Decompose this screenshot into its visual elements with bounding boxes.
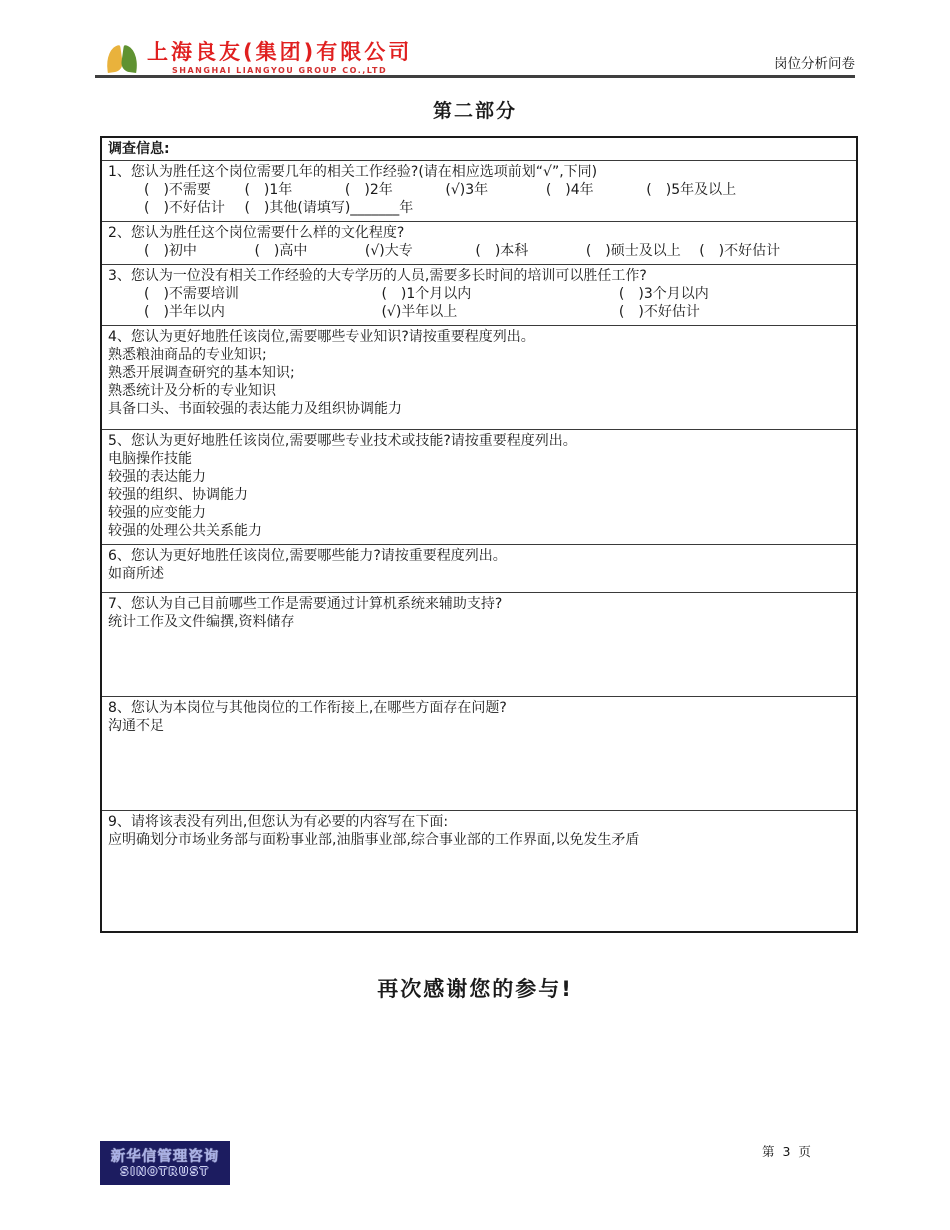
footer-logo-en-text: SINOTRUST (121, 1165, 210, 1178)
option-checkbox[interactable]: ( )其他(请填写)_______年 (244, 199, 413, 217)
answer-text: 较强的组织、协调能力 (108, 486, 850, 504)
option-checkbox[interactable]: ( )1年 (244, 181, 326, 199)
question-title: 1、您认为胜任这个岗位需要几年的相关工作经验?(请在相应选项前划“√”,下同) (108, 163, 850, 181)
option-line: ( )半年以内 (√)半年以上 ( )不好估计 (108, 303, 850, 321)
option-checkbox[interactable]: ( )4年 (546, 181, 628, 199)
option-checkbox[interactable]: ( )半年以内 (144, 303, 377, 321)
document-page: 上海良友(集团)有限公司 SHANGHAI LIANGYOU GROUP CO.… (0, 0, 950, 1230)
question-title: 5、您认为更好地胜任该岗位,需要哪些专业技术或技能?请按重要程度列出。 (108, 432, 850, 450)
option-checkbox[interactable]: ( )不需要培训 (144, 285, 377, 303)
company-name-en: SHANGHAI LIANGYOU GROUP CO.,LTD (172, 66, 387, 75)
question-title: 9、请将该表没有列出,但您认为有必要的内容写在下面: (108, 813, 850, 831)
company-name-block: 上海良友(集团)有限公司 SHANGHAI LIANGYOU GROUP CO.… (147, 40, 412, 75)
question-row-6: 6、您认为更好地胜任该岗位,需要哪些能力?请按重要程度列出。 如商所述 (102, 544, 856, 592)
answer-text: 熟悉统计及分析的专业知识 (108, 382, 850, 400)
option-checkbox[interactable]: ( )1个月以内 (381, 285, 614, 303)
option-checkbox[interactable]: (√)大专 (365, 242, 457, 260)
answer-text: 如商所述 (108, 565, 850, 583)
answer-text: 电脑操作技能 (108, 450, 850, 468)
company-logo-icon (105, 42, 139, 74)
leaf-green-icon (120, 45, 139, 73)
answer-text: 熟悉粮油商品的专业知识; (108, 346, 850, 364)
question-row-2: 2、您认为胜任这个岗位需要什么样的文化程度? ( )初中 ( )高中 (√)大专… (102, 221, 856, 264)
option-checkbox[interactable]: ( )不好估计 (699, 242, 791, 260)
answer-text: 沟通不足 (108, 717, 850, 735)
answer-text: 熟悉开展调查研究的基本知识; (108, 364, 850, 382)
question-row-9: 9、请将该表没有列出,但您认为有必要的内容写在下面: 应明确划分市场业务部与面粉… (102, 810, 856, 931)
answer-text: 较强的应变能力 (108, 504, 850, 522)
answer-text: 较强的表达能力 (108, 468, 850, 486)
question-title: 8、您认为本岗位与其他岗位的工作衔接上,在哪些方面存在问题? (108, 699, 850, 717)
option-checkbox[interactable]: ( )不好估计 (619, 303, 852, 321)
option-line: ( )不需要 ( )1年 ( )2年 (√)3年 ( )4年 ( )5年及以上 (108, 181, 850, 199)
option-checkbox[interactable]: ( )5年及以上 (646, 181, 736, 199)
footer-logo-cn-text: 新华信管理咨询 (111, 1149, 220, 1165)
question-row-7: 7、您认为自己目前哪些工作是需要通过计算机系统来辅助支持? 统计工作及文件编撰,… (102, 592, 856, 696)
question-title: 2、您认为胜任这个岗位需要什么样的文化程度? (108, 224, 850, 242)
option-checkbox[interactable]: ( )初中 (144, 242, 236, 260)
questionnaire-table: 调查信息: 1、您认为胜任这个岗位需要几年的相关工作经验?(请在相应选项前划“√… (100, 136, 858, 933)
option-checkbox[interactable]: ( )2年 (345, 181, 427, 199)
answer-text: 具备口头、书面较强的表达能力及组织协调能力 (108, 400, 850, 418)
option-line: ( )初中 ( )高中 (√)大专 ( )本科 ( )硕士及以上 ( )不好估计 (108, 242, 850, 260)
answer-text: 应明确划分市场业务部与面粉事业部,油脂事业部,综合事业部的工作界面,以免发生矛盾 (108, 831, 850, 849)
option-checkbox[interactable]: ( )不需要 (144, 181, 226, 199)
table-header-row: 调查信息: (102, 138, 856, 160)
option-checkbox[interactable]: (√)3年 (445, 181, 527, 199)
question-row-3: 3、您认为一位没有相关工作经验的大专学历的人员,需要多长时间的培训可以胜任工作?… (102, 264, 856, 325)
section-title: 第二部分 (0, 96, 950, 123)
question-title: 7、您认为自己目前哪些工作是需要通过计算机系统来辅助支持? (108, 595, 850, 613)
option-line: ( )不好估计 ( )其他(请填写)_______年 (108, 199, 850, 217)
question-title: 3、您认为一位没有相关工作经验的大专学历的人员,需要多长时间的培训可以胜任工作? (108, 267, 850, 285)
question-row-8: 8、您认为本岗位与其他岗位的工作衔接上,在哪些方面存在问题? 沟通不足 (102, 696, 856, 810)
page-number: 第 3 页 (762, 1142, 813, 1160)
option-line: ( )不需要培训 ( )1个月以内 ( )3个月以内 (108, 285, 850, 303)
option-checkbox[interactable]: ( )高中 (254, 242, 346, 260)
question-title: 6、您认为更好地胜任该岗位,需要哪些能力?请按重要程度列出。 (108, 547, 850, 565)
option-checkbox[interactable]: ( )不好估计 (144, 199, 226, 217)
question-row-4: 4、您认为更好地胜任该岗位,需要哪些专业知识?请按重要程度列出。 熟悉粮油商品的… (102, 325, 856, 429)
document-type-label: 岗位分析问卷 (774, 52, 855, 75)
option-checkbox[interactable]: ( )3个月以内 (619, 285, 852, 303)
company-name-cn: 上海良友(集团)有限公司 (147, 40, 412, 64)
company-logo: 上海良友(集团)有限公司 SHANGHAI LIANGYOU GROUP CO.… (95, 40, 412, 75)
question-row-1: 1、您认为胜任这个岗位需要几年的相关工作经验?(请在相应选项前划“√”,下同) … (102, 160, 856, 221)
option-checkbox[interactable]: (√)半年以上 (381, 303, 614, 321)
question-title: 4、您认为更好地胜任该岗位,需要哪些专业知识?请按重要程度列出。 (108, 328, 850, 346)
question-row-5: 5、您认为更好地胜任该岗位,需要哪些专业技术或技能?请按重要程度列出。 电脑操作… (102, 429, 856, 544)
answer-text: 统计工作及文件编撰,资料储存 (108, 613, 850, 631)
answer-text: 较强的处理公共关系能力 (108, 522, 850, 540)
option-checkbox[interactable]: ( )本科 (475, 242, 567, 260)
footer-logo: 新华信管理咨询 SINOTRUST (100, 1141, 230, 1185)
letterhead: 上海良友(集团)有限公司 SHANGHAI LIANGYOU GROUP CO.… (95, 0, 855, 78)
option-checkbox[interactable]: ( )硕士及以上 (586, 242, 681, 260)
closing-thanks-text: 再次感谢您的参与! (0, 973, 950, 1003)
table-header-label: 调查信息: (108, 141, 170, 157)
